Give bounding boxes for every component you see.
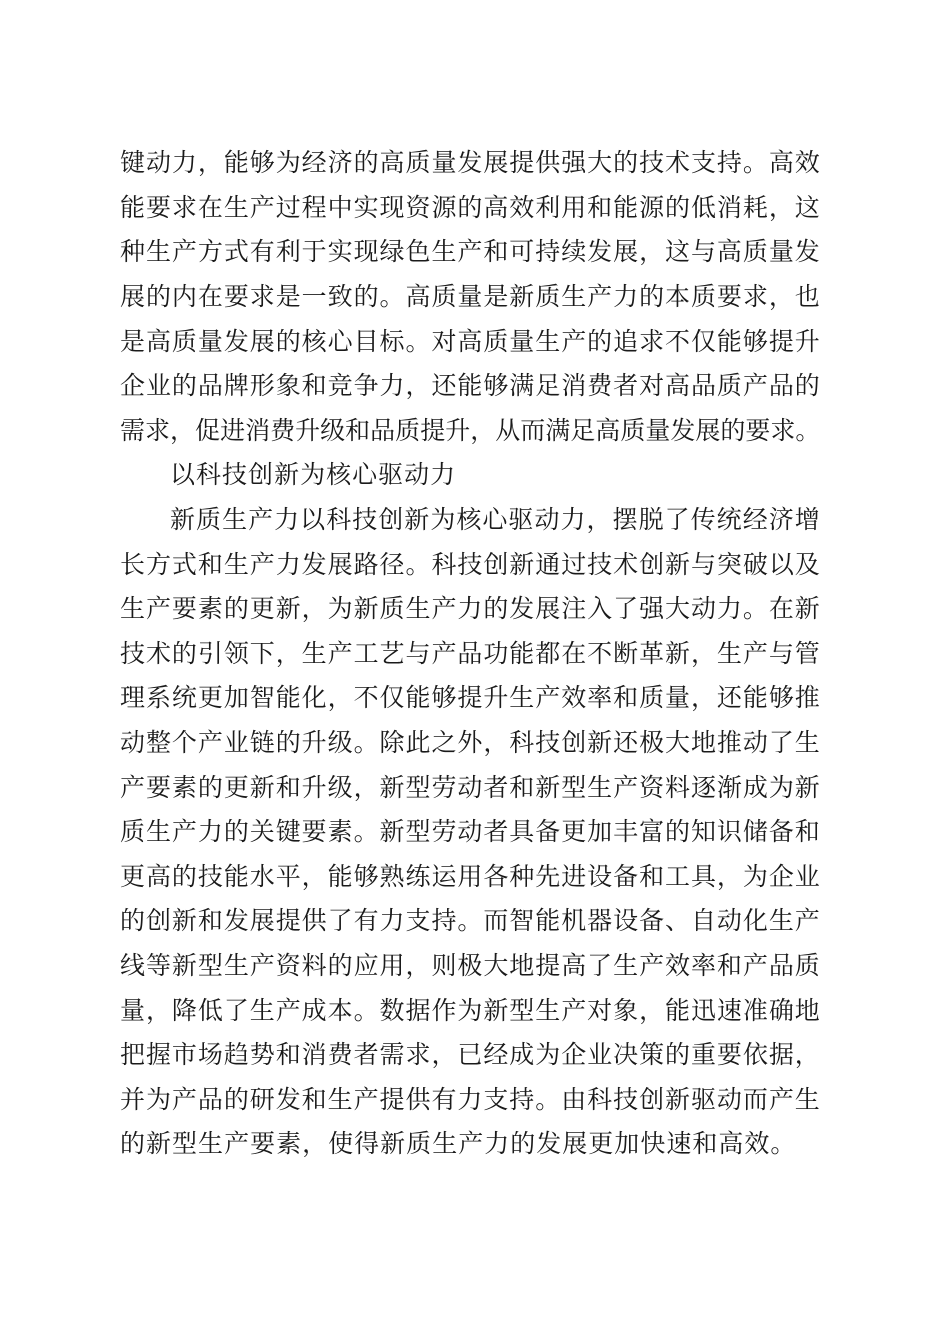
text-line: 展的内在要求是一致的。高质量是新质生产力的本质要求，也 — [120, 273, 820, 318]
text-line: 更高的技能水平，能够熟练运用各种先进设备和工具，为企业 — [120, 853, 820, 898]
text-line: 生产要素的更新，为新质生产力的发展注入了强大动力。在新 — [120, 585, 820, 630]
text-line: 的创新和发展提供了有力支持。而智能机器设备、自动化生产 — [120, 897, 820, 942]
document-page: 键动力，能够为经济的高质量发展提供强大的技术支持。高效能要求在生产过程中实现资源… — [0, 0, 950, 1344]
text-line: 企业的品牌形象和竞争力，还能够满足消费者对高品质产品的 — [120, 362, 820, 407]
text-line: 能要求在生产过程中实现资源的高效利用和能源的低消耗，这 — [120, 184, 820, 229]
subheading: 以科技创新为核心驱动力 — [120, 451, 820, 496]
text-line: 把握市场趋势和消费者需求，已经成为企业决策的重要依据， — [120, 1031, 820, 1076]
text-line: 理系统更加智能化，不仅能够提升生产效率和质量，还能够推 — [120, 674, 820, 719]
document-text-block: 键动力，能够为经济的高质量发展提供强大的技术支持。高效能要求在生产过程中实现资源… — [120, 139, 820, 1165]
text-line: 长方式和生产力发展路径。科技创新通过技术创新与突破以及 — [120, 540, 820, 585]
text-line: 质生产力的关键要素。新型劳动者具备更加丰富的知识储备和 — [120, 808, 820, 853]
text-line: 并为产品的研发和生产提供有力支持。由科技创新驱动而产生 — [120, 1075, 820, 1120]
text-line: 是高质量发展的核心目标。对高质量生产的追求不仅能够提升 — [120, 317, 820, 362]
text-line: 量，降低了生产成本。数据作为新型生产对象，能迅速准确地 — [120, 986, 820, 1031]
text-line: 种生产方式有利于实现绿色生产和可持续发展，这与高质量发 — [120, 228, 820, 273]
text-line: 技术的引领下，生产工艺与产品功能都在不断革新，生产与管 — [120, 630, 820, 675]
text-line: 产要素的更新和升级，新型劳动者和新型生产资料逐渐成为新 — [120, 763, 820, 808]
text-line: 需求，促进消费升级和品质提升，从而满足高质量发展的要求。 — [120, 407, 820, 452]
text-line: 的新型生产要素，使得新质生产力的发展更加快速和高效。 — [120, 1120, 820, 1165]
text-line: 新质生产力以科技创新为核心驱动力，摆脱了传统经济增 — [120, 496, 820, 541]
text-line: 以科技创新为核心驱动力 — [120, 451, 820, 496]
paragraph-continuation: 键动力，能够为经济的高质量发展提供强大的技术支持。高效能要求在生产过程中实现资源… — [120, 139, 820, 451]
text-line: 线等新型生产资料的应用，则极大地提高了生产效率和产品质 — [120, 942, 820, 987]
text-line: 动整个产业链的升级。除此之外，科技创新还极大地推动了生 — [120, 719, 820, 764]
text-line: 键动力，能够为经济的高质量发展提供强大的技术支持。高效 — [120, 139, 820, 184]
paragraph-body: 新质生产力以科技创新为核心驱动力，摆脱了传统经济增长方式和生产力发展路径。科技创… — [120, 496, 820, 1165]
